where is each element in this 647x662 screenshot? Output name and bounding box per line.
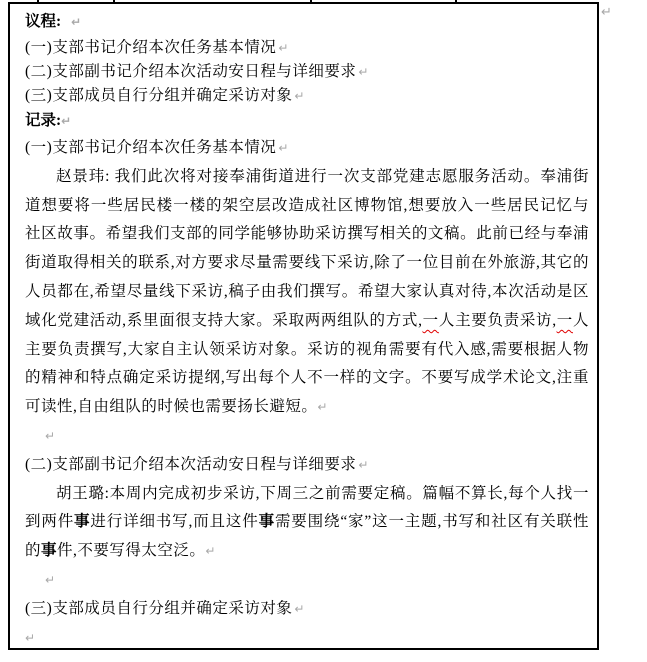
record-label: 记录: [25, 112, 61, 129]
agenda-item: (一)支部书记介绍本次任务基本情况↵ [25, 36, 589, 60]
section-paragraph-2: 胡王璐:本周内完成初步采访,下周三之前需要定稿。篇幅不算长,每个人找一到两件事进… [25, 480, 589, 566]
paragraph-mark: ↵ [205, 544, 215, 558]
paragraph-mark: ↵ [25, 631, 35, 645]
empty-paragraph: ↵ [25, 566, 589, 595]
agenda-label-line: 议程:↵ [25, 8, 589, 36]
paragraph-mark: ↵ [45, 573, 55, 587]
agenda-item: (二)支部副书记介绍本次活动安日程与详细要求↵ [25, 60, 589, 84]
section-heading-1: (一)支部书记介绍本次任务基本情况↵ [25, 134, 589, 163]
agenda-item: (三)支部成员自行分组并确定采访对象↵ [25, 84, 589, 108]
section-heading-text: (二)支部副书记介绍本次活动安日程与详细要求 [25, 456, 356, 473]
paragraph-mark: ↵ [278, 141, 288, 155]
text-segment: 赵景玮: 我们此次将对接奉浦街道进行一次支部党建志愿服务活动。奉浦街道想要将一些… [25, 168, 589, 329]
paragraph-mark: ↵ [294, 602, 304, 616]
section-paragraph-1: 赵景玮: 我们此次将对接奉浦街道进行一次支部党建志愿服务活动。奉浦街道想要将一些… [25, 163, 589, 422]
section-heading-text: (三)支部成员自行分组并确定采访对象 [25, 600, 292, 617]
row-end-mark: ↵ [601, 6, 612, 19]
paragraph-mark: ↵ [358, 458, 368, 472]
paragraph-mark: ↵ [278, 41, 288, 55]
text-segment: 事 [74, 513, 90, 530]
agenda-item-text: (三)支部成员自行分组并确定采访对象 [25, 87, 292, 104]
agenda-item-text: (一)支部书记介绍本次任务基本情况 [25, 39, 276, 56]
text-segment: 件,不要写得太空泛。 [57, 542, 205, 559]
text-segment: 进行详细书写,而且这件 [90, 513, 258, 530]
section-heading-3: (三)支部成员自行分组并确定采访对象↵ [25, 595, 589, 624]
empty-paragraph: ↵ [25, 422, 589, 451]
text-segment: 人主要负责采访, [439, 312, 557, 329]
section-heading-text: (一)支部书记介绍本次任务基本情况 [25, 139, 276, 156]
document-page: { "document": { "agenda": { "label": "议程… [0, 0, 647, 662]
agenda-item-text: (二)支部副书记介绍本次活动安日程与详细要求 [25, 63, 356, 80]
empty-paragraph: ↵ [25, 624, 589, 650]
agenda-label: 议程: [25, 13, 61, 30]
record-label-line: 记录:↵ [25, 108, 589, 134]
paragraph-mark: ↵ [71, 15, 81, 29]
spellcheck-word: 一 [557, 312, 573, 329]
section-heading-2: (二)支部副书记介绍本次活动安日程与详细要求↵ [25, 451, 589, 480]
minutes-table-cell[interactable]: 议程:↵ (一)支部书记介绍本次任务基本情况↵ (二)支部副书记介绍本次活动安日… [8, 2, 599, 650]
text-segment: 事 [41, 542, 57, 559]
paragraph-mark: ↵ [294, 89, 304, 103]
paragraph-mark: ↵ [358, 65, 368, 79]
paragraph-mark: ↵ [317, 400, 327, 414]
paragraph-mark: ↵ [45, 429, 55, 443]
paragraph-mark: ↵ [61, 114, 71, 128]
spellcheck-word: 一 [422, 312, 438, 329]
text-segment: 事 [259, 513, 275, 530]
